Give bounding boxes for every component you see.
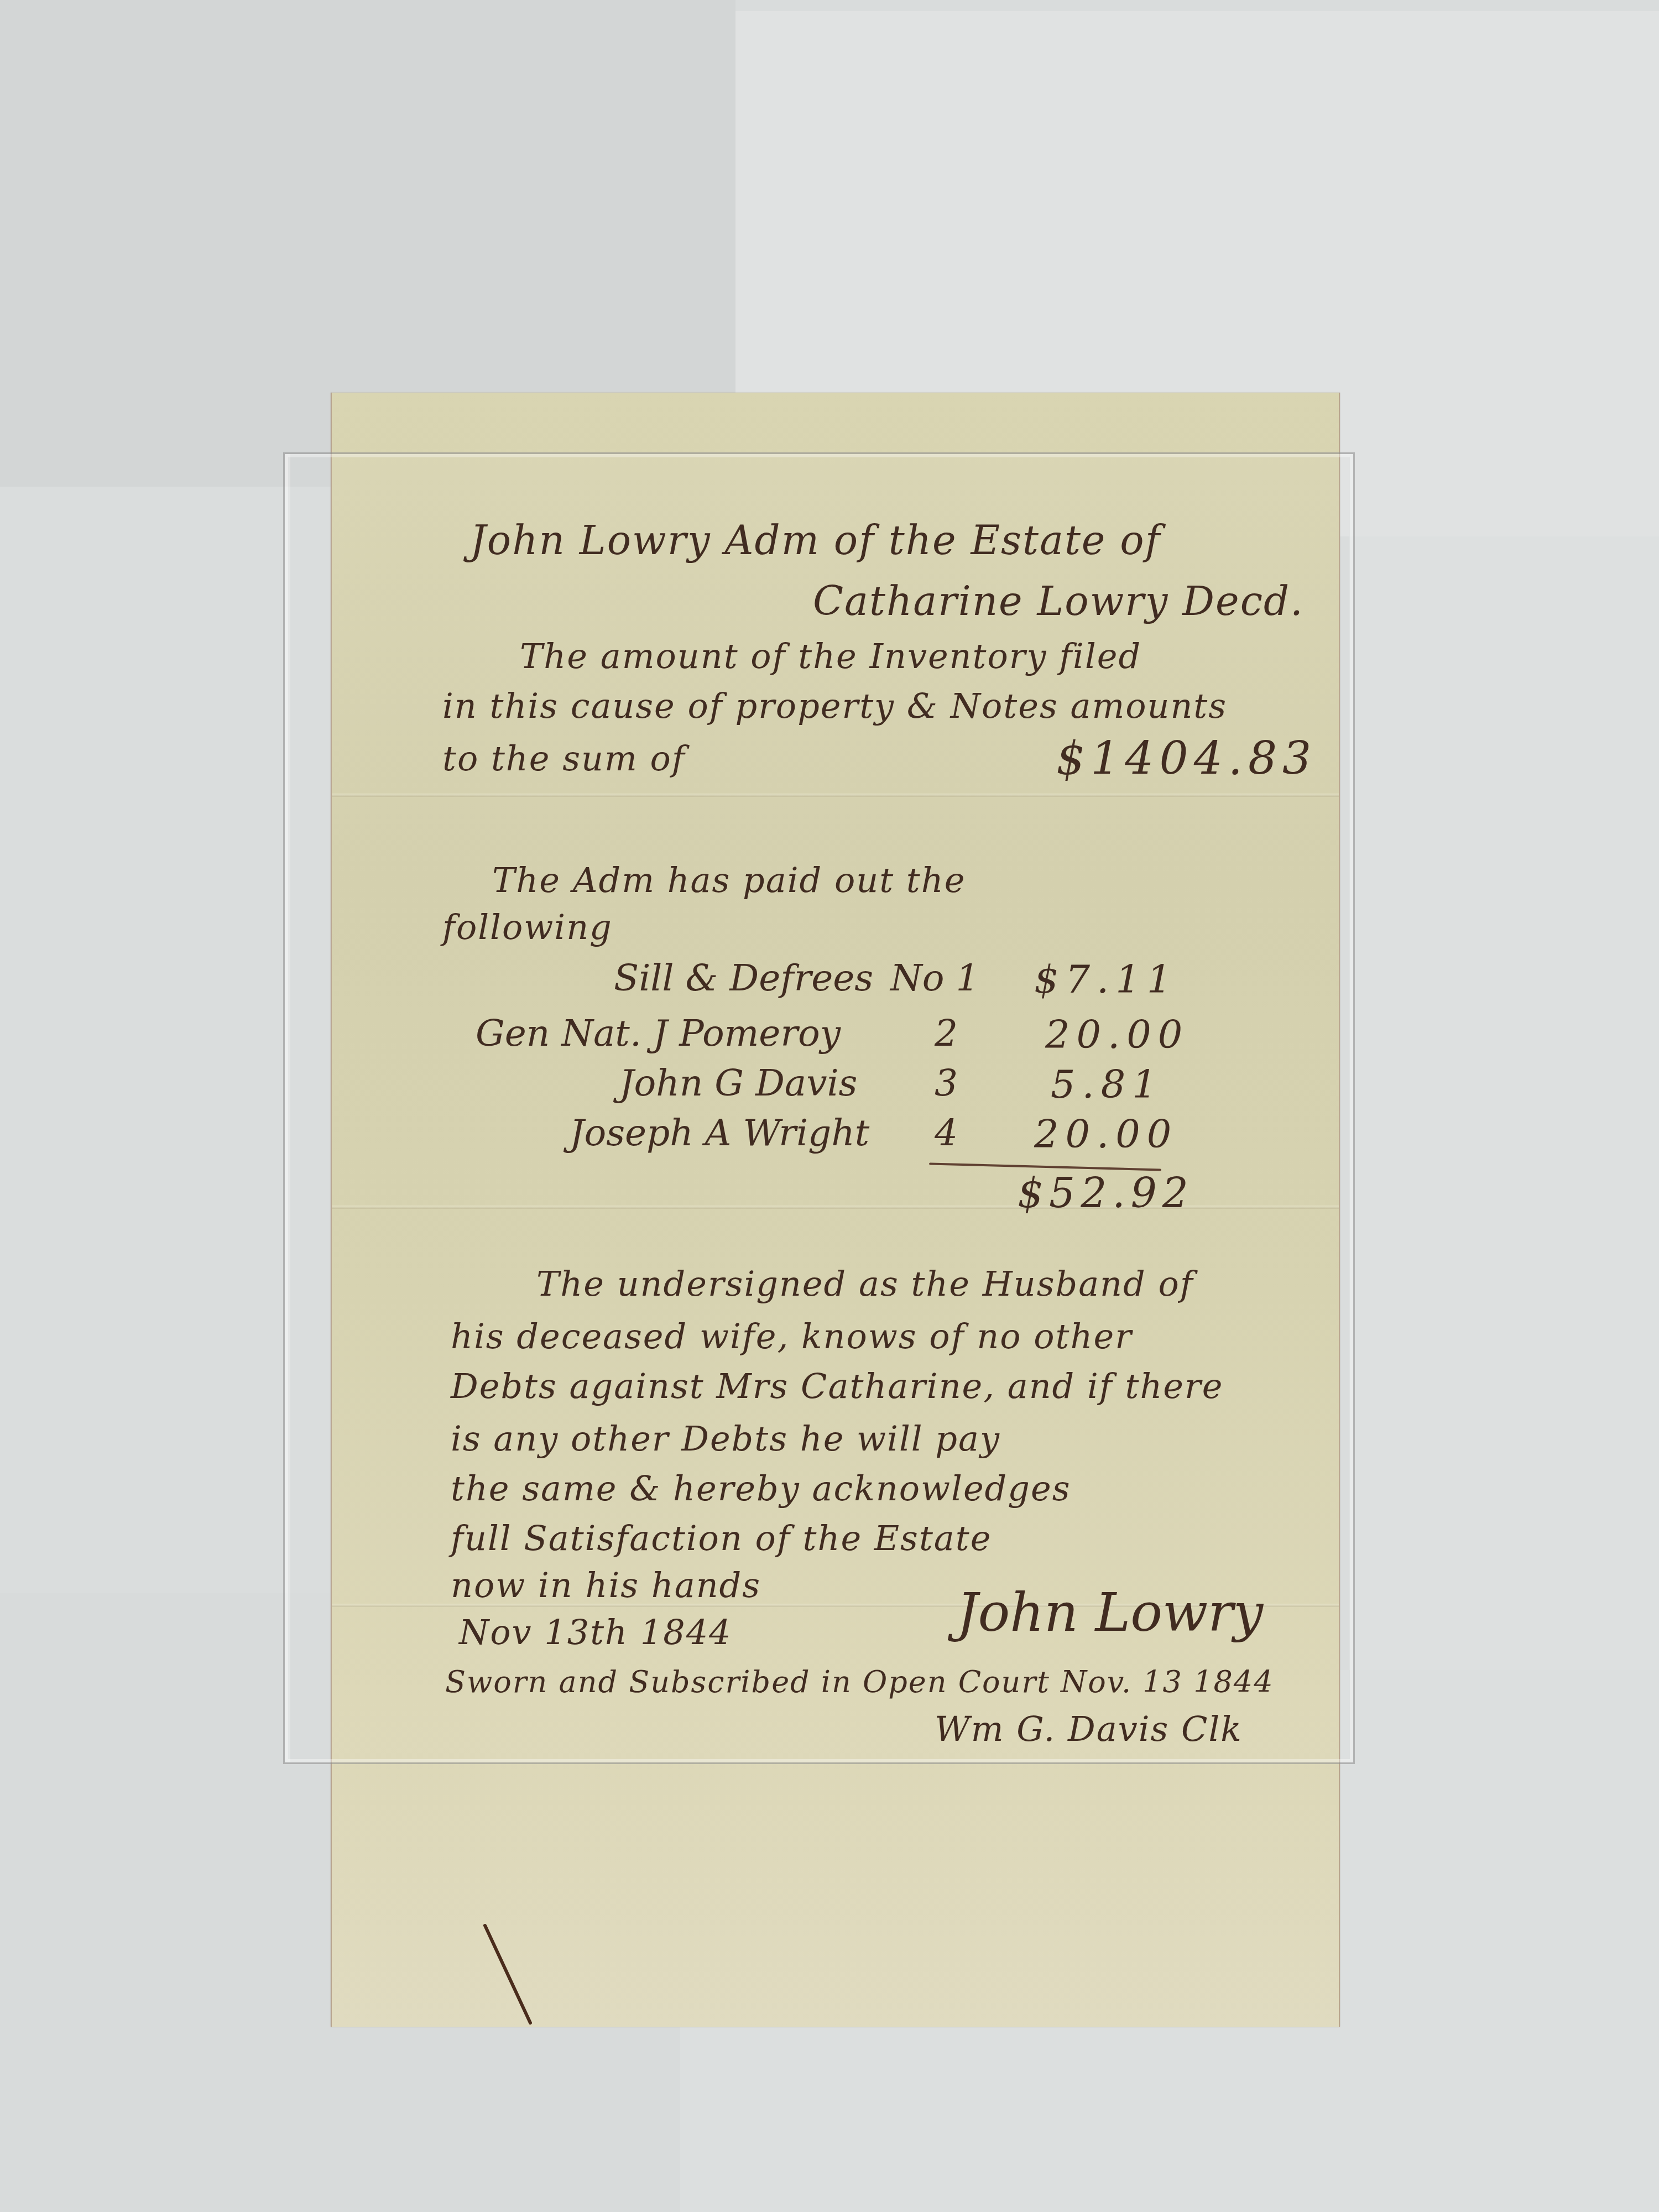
declaration-line: is any other Debts he will pay: [451, 1418, 1000, 1459]
background-sheet: [1349, 536, 1659, 1670]
declaration-line: full Satisfaction of the Estate: [451, 1518, 992, 1558]
document-page: John Lowry Adm of the Estate of Catharin…: [331, 393, 1340, 2027]
payment-amount: $7.11: [1034, 957, 1178, 1002]
ink-mark: [483, 1923, 533, 2025]
attestation-line: Sworn and Subscribed in Open Court Nov. …: [445, 1665, 1274, 1699]
inventory-line-1: The amount of the Inventory filed: [520, 636, 1141, 676]
payments-intro-line-1: The Adm has paid out the: [492, 860, 966, 900]
fold-line: [332, 794, 1339, 797]
payee: Sill & Defrees: [614, 957, 873, 999]
payments-total: $52.92: [1018, 1170, 1194, 1217]
payment-amount: 20.00: [1034, 1112, 1178, 1157]
payee: Joseph A Wright: [570, 1112, 869, 1154]
declaration-line: now in his hands: [451, 1565, 761, 1605]
header-line-1: John Lowry Adm of the Estate of: [470, 517, 1161, 564]
ledger-row: Joseph A Wright 4 20.00: [332, 1112, 1339, 1161]
declaration-line: The undersigned as the Husband of: [536, 1264, 1194, 1304]
voucher-number: 3: [935, 1062, 958, 1104]
payments-intro-line-2: following: [442, 907, 613, 947]
voucher-number: 4: [935, 1112, 958, 1154]
voucher-number: 2: [935, 1012, 958, 1055]
ledger-row: Sill & Defrees No 1 $7.11: [332, 957, 1339, 1006]
declaration-line: Debts against Mrs Catharine, and if ther…: [451, 1366, 1223, 1406]
voucher-number: No 1: [890, 957, 979, 999]
clerk-signature: Wm G. Davis Clk: [935, 1709, 1243, 1749]
background-sheet: [0, 487, 288, 1593]
inventory-line-2: in this cause of property & Notes amount…: [442, 686, 1227, 726]
payee: John G Davis: [619, 1062, 857, 1104]
declaration-date: Nov 13th 1844: [459, 1612, 732, 1652]
signature: John Lowry: [957, 1582, 1263, 1644]
declaration-line: the same & hereby acknowledges: [451, 1468, 1071, 1509]
payment-amount: 20.00: [1045, 1012, 1189, 1057]
ledger-row: Gen Nat. J Pomeroy 2 20.00: [332, 1012, 1339, 1062]
header-line-2: Catharine Lowry Decd.: [813, 578, 1304, 624]
payee: Gen Nat. J Pomeroy: [476, 1012, 841, 1055]
ledger-row: John G Davis 3 5.81: [332, 1062, 1339, 1112]
payment-amount: 5.81: [1051, 1062, 1164, 1107]
inventory-amount: $1404.83: [1056, 733, 1317, 785]
inventory-line-3: to the sum of: [442, 738, 686, 779]
declaration-line: his deceased wife, knows of no other: [451, 1316, 1133, 1357]
